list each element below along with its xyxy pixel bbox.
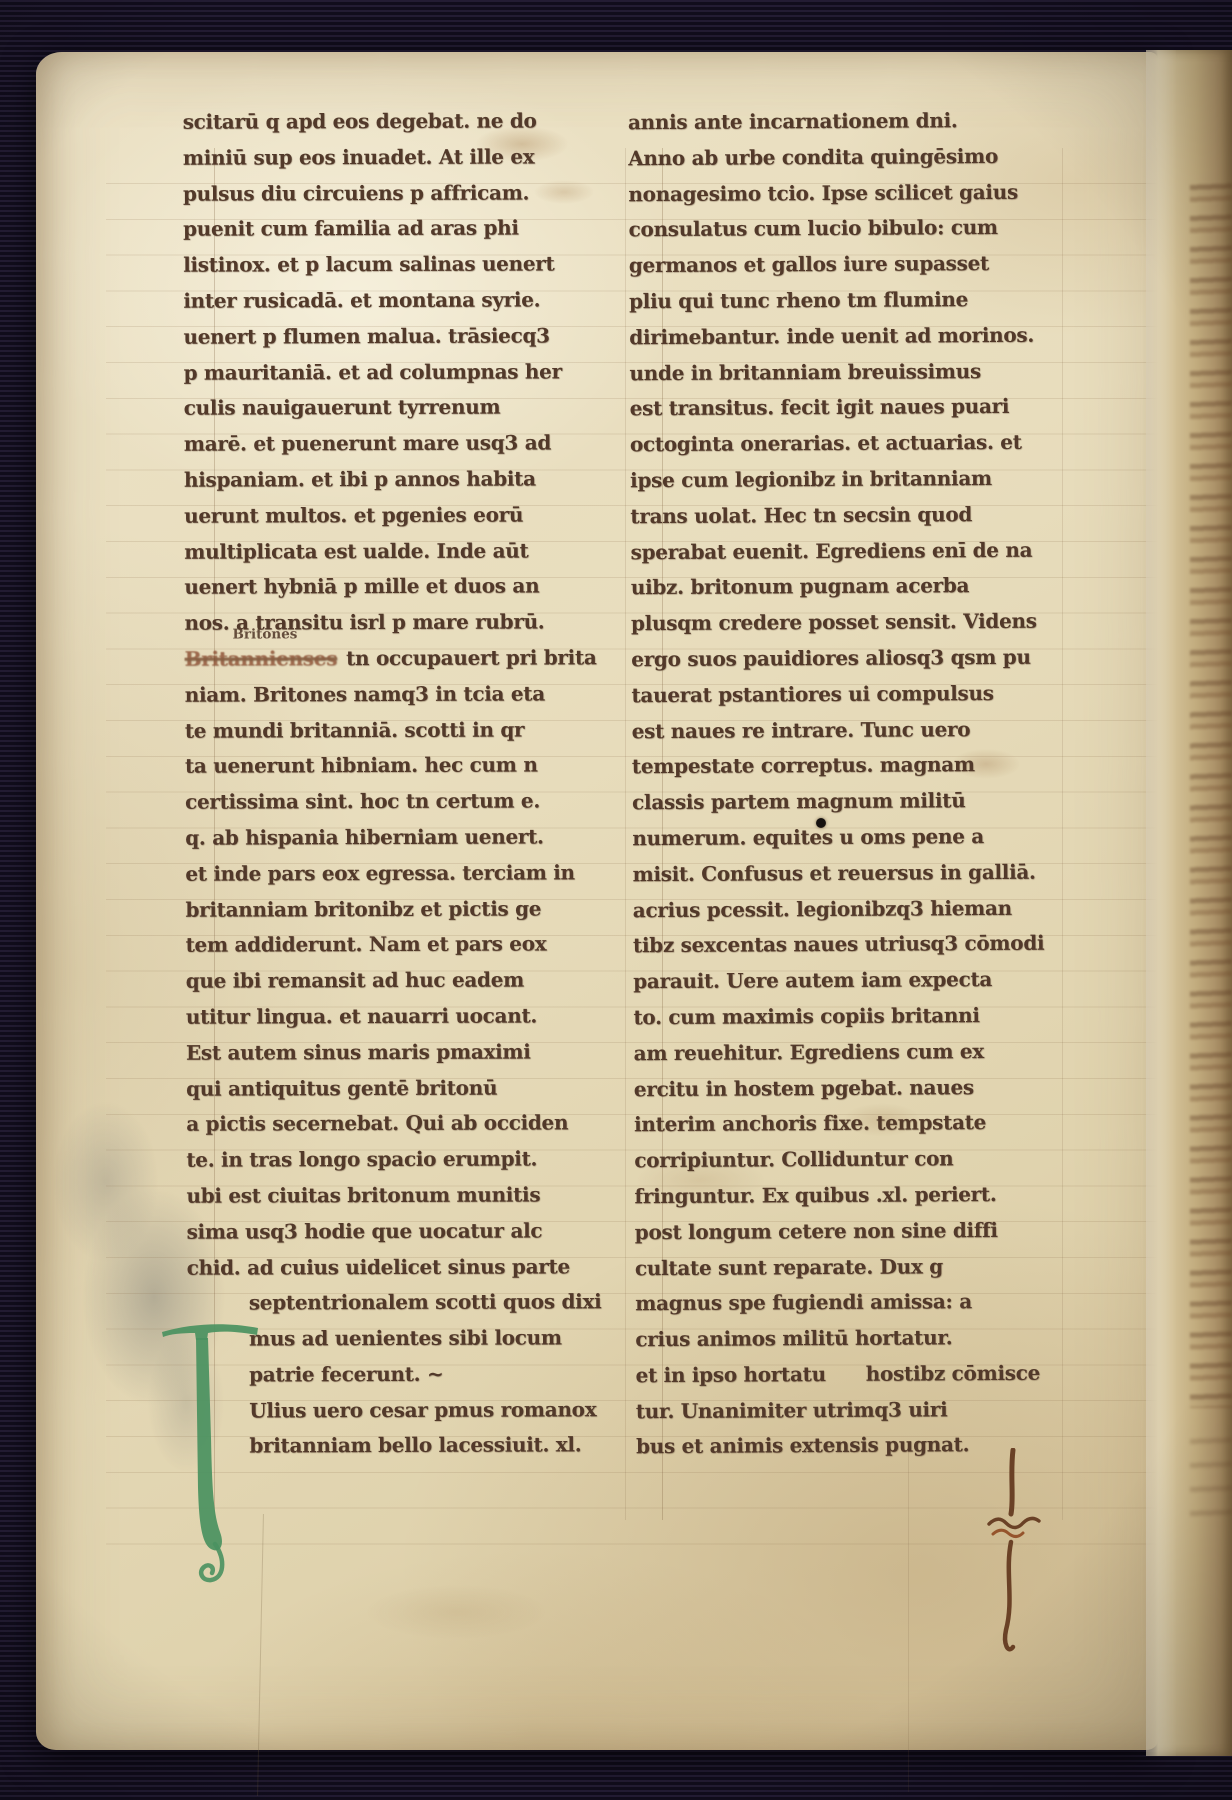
manuscript-text-line: dirimebantur. inde uenit ad morinos. (629, 318, 1025, 356)
manuscript-text-line: unde in britanniam breuissimus (629, 353, 1025, 391)
book-fore-edge (1146, 50, 1232, 1756)
manuscript-text-line: post longum cetere non sine diffi (635, 1212, 1031, 1250)
manuscript-text-line: inter rusicadā. et montana syrie. (183, 282, 585, 319)
manuscript-text-line: niam. Britones namq3 in tcia eta (185, 676, 587, 713)
manuscript-text-line: ercitu in hostem pgebat. naues (634, 1069, 1030, 1107)
manuscript-text-line: interim anchoris fixe. tempstate (634, 1105, 1030, 1143)
manuscript-text-line: crius animos militū hortatur. (635, 1320, 1031, 1358)
manuscript-text-line: miniū sup eos inuadet. At ille ex (183, 139, 585, 176)
manuscript-text-line: tempestate correptus. magnam (632, 747, 1028, 785)
manuscript-text-line: tur. Unanimiter utrimq3 uiri (636, 1391, 1032, 1429)
manuscript-text-line: nonagesimo tcio. Ipse scilicet gaius (628, 174, 1024, 212)
manuscript-text-line: fringuntur. Ex quibus .xl. periert. (634, 1177, 1030, 1215)
manuscript-text-line: et in ipso hortatu hostibz cōmisce (636, 1356, 1032, 1394)
manuscript-text-line: uibz. britonum pugnam acerba (631, 568, 1027, 606)
manuscript-text-line: scitarū q apd eos degebat. ne do (183, 103, 585, 140)
manuscript-text-line: am reuehitur. Egrediens cum ex (634, 1034, 1030, 1072)
manuscript-text-line: est transitus. fecit igit naues puari (630, 389, 1026, 427)
manuscript-text-line: te. in tras longo spacio erumpit. (186, 1141, 588, 1178)
manuscript-text-line: britanniam britonibz et pictis ge (185, 891, 587, 928)
manuscript-text-line: puenit cum familia ad aras phi (183, 211, 585, 248)
manuscript-text-line: annis ante incarnationem dni. (628, 103, 1024, 141)
manuscript-text-line: ipse cum legionibz in britanniam (630, 461, 1026, 499)
parchment-hole (816, 818, 826, 828)
manuscript-text-line: p mauritaniā. et ad columpnas her (184, 354, 586, 391)
manuscript-text-line: Est autem sinus maris pmaximi (186, 1034, 588, 1071)
manuscript-text-line: multiplicata est ualde. Inde aūt (184, 533, 586, 570)
manuscript-text-line: certissima sint. hoc tn certum e. (185, 783, 587, 820)
manuscript-text-line: marē. et puenerunt mare usq3 ad (184, 425, 586, 462)
manuscript-text-line: uenert hybniā p mille et duos an (184, 569, 586, 606)
parchment-crease (908, 1452, 909, 1792)
manuscript-text-line: sima usq3 hodie que uocatur alc (187, 1213, 589, 1250)
green-initial-letter-icon (158, 1318, 278, 1618)
manuscript-text-line: pliu qui tunc rheno tm flumine (629, 282, 1025, 320)
manuscript-text-line: Anno ab urbe condita quingēsimo (628, 139, 1024, 177)
manuscript-photo: scitarū q apd eos degebat. ne dominiū su… (0, 0, 1232, 1800)
manuscript-text-line: misit. Confusus et reuersus in galliā. (632, 855, 1028, 893)
manuscript-text-line: BritonesBritanniensestn occupauert pri b… (185, 640, 587, 677)
manuscript-text-line: septentrionalem scotti quos dixi (187, 1285, 589, 1322)
manuscript-text-line: plusqm credere posset sensit. Videns (631, 604, 1027, 642)
manuscript-text-line: cultate sunt reparate. Dux g (635, 1248, 1031, 1286)
manuscript-text-line: tauerat pstantiores ui compulsus (631, 676, 1027, 714)
pen-flourish-icon (983, 1448, 1047, 1666)
manuscript-text-line: ta uenerunt hibniam. hec cum n (185, 748, 587, 785)
manuscript-text-line: qui antiquitus gentē britonū (186, 1070, 588, 1107)
page-curl-highlight (1146, 50, 1176, 1756)
text-column-right: annis ante incarnationem dni.Anno ab urb… (628, 103, 1032, 1466)
manuscript-text-line: chid. ad cuius uidelicet sinus parte (187, 1249, 589, 1286)
manuscript-text-line: uenert p flumen malua. trāsiecq3 (183, 318, 585, 355)
manuscript-text-line: corripiuntur. Colliduntur con (634, 1141, 1030, 1179)
manuscript-text-line: octoginta onerarias. et actuarias. et (630, 425, 1026, 463)
fore-edge-ghost-text (1190, 178, 1232, 1408)
manuscript-text-line: que ibi remansit ad huc eadem (186, 962, 588, 999)
manuscript-text-line: pulsus diu circuiens p affricam. (183, 175, 585, 212)
manuscript-text-line: hispaniam. et ibi p annos habita (184, 461, 586, 498)
manuscript-text-line: te mundi britanniā. scotti in qr (185, 712, 587, 749)
manuscript-text-line: germanos et gallos iure supasset (629, 246, 1025, 284)
struck-through-word: Britannienses (185, 646, 338, 671)
manuscript-text-line: culis nauigauerunt tyrrenum (184, 390, 586, 427)
manuscript-text-line: q. ab hispania hiberniam uenert. (185, 819, 587, 856)
vertical-rule (1062, 148, 1063, 1520)
manuscript-text-line: utitur lingua. et nauarri uocant. (186, 998, 588, 1035)
manuscript-text-line: est naues re intrare. Tunc uero (632, 711, 1028, 749)
fore-edge-ghost-text (1190, 1430, 1232, 1520)
manuscript-text-line: parauit. Uere autem iam expecta (633, 962, 1029, 1000)
manuscript-text-line: tem addiderunt. Nam et pars eox (186, 927, 588, 964)
manuscript-text-line: tibz sexcentas naues utriusq3 cōmodi (633, 926, 1029, 964)
manuscript-text-line: acrius pcessit. legionibzq3 hieman (633, 890, 1029, 928)
manuscript-text-line: a pictis secernebat. Qui ab occiden (186, 1106, 588, 1143)
manuscript-text-line: ubi est ciuitas britonum munitis (186, 1177, 588, 1214)
vertical-rule (625, 148, 626, 1520)
manuscript-text-line: magnus spe fugiendi amissa: a (635, 1284, 1031, 1322)
manuscript-text-line: to. cum maximis copiis britanni (633, 998, 1029, 1036)
text-column-left: scitarū q apd eos degebat. ne dominiū su… (183, 103, 590, 1465)
manuscript-text-line: classis partem magnum militū (632, 783, 1028, 821)
manuscript-text-line: trans uolat. Hec tn secsin quod (630, 497, 1026, 535)
manuscript-text-line: numerum. equites u oms pene a (632, 819, 1028, 857)
manuscript-text-line: et inde pars eox egressa. terciam in (185, 855, 587, 892)
manuscript-text-line: sperabat euenit. Egrediens enī de na (630, 532, 1026, 570)
manuscript-text-line: consulatus cum lucio bibulo: cum (629, 210, 1025, 248)
interlinear-gloss: Britones (232, 627, 297, 641)
manuscript-text-line: listinox. et p lacum salinas uenert (183, 246, 585, 283)
manuscript-text-line: bus et animis extensis pugnat. (636, 1427, 1032, 1465)
manuscript-text-line: uerunt multos. et pgenies eorū (184, 497, 586, 534)
manuscript-text-line: ergo suos pauidiores aliosq3 qsm pu (631, 640, 1027, 678)
